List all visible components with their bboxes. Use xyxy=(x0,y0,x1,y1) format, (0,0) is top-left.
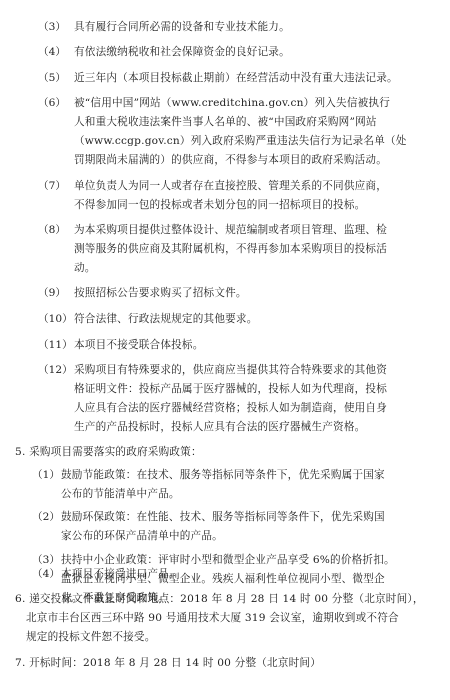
item-number: （3） xyxy=(38,19,66,36)
item-text: 近三年内（本项目投标截止期前）在经营活动中没有重大违法记录。 xyxy=(74,70,398,87)
item-number: （5） xyxy=(38,70,66,87)
item-number: （11） xyxy=(38,337,73,354)
item-text: 有依法缴纳税收和社会保障资金的良好记录。 xyxy=(74,44,290,61)
section-6-text: 北京市丰台区西三环中路 90 号通用技术大厦 319 会议室，逾期收到或不符合 xyxy=(26,610,399,627)
item-number: （4） xyxy=(38,44,66,61)
policy-text: 鼓励环保政策：在性能、技术、服务等指标同等条件下，优先采购国 xyxy=(61,509,385,526)
item-text: 为本采购项目提供过整体设计、规范编制或者项目管理、监理、检 xyxy=(74,222,387,239)
item-number: （10） xyxy=(38,311,73,328)
item-text: 人和重大税收违法案件当事人名单的、被“中国政府采购网”网站 xyxy=(74,114,377,131)
section-6-text: 6. 递交投标文件截止时间和地点：2018 年 8 月 28 日 14 时 00… xyxy=(15,591,424,608)
policy-text: 鼓励节能政策：在技术、服务等指标同等条件下，优先采购属于国家 xyxy=(61,467,385,484)
document-page: （3） 具有履行合同所必需的设备和专业技术能力。 （4） 有依法缴纳税收和社会保… xyxy=(0,0,450,700)
section-7-text: 7. 开标时间：2018 年 8 月 28 日 14 时 00 分整（北京时间） xyxy=(15,655,321,672)
policy-number: （2） xyxy=(32,509,60,526)
item-text: 人应具有合法的医疗器械经营资格；投标人如为制造商，使用自身 xyxy=(74,400,387,417)
policy-text: 公布的节能清单中产品。 xyxy=(61,486,180,503)
item-number: （12） xyxy=(38,362,73,379)
item-text: 单位负责人为同一人或者存在直接控股、管理关系的不同供应商， xyxy=(74,178,387,195)
item-number: （8） xyxy=(38,222,66,239)
item-text: 生产的产品投标时，投标人应具有合法的医疗器械生产资格。 xyxy=(74,419,365,436)
policy-number: （4） xyxy=(32,566,60,583)
policy-number: （1） xyxy=(32,467,60,484)
item-number: （9） xyxy=(38,285,66,302)
item-text: 具有履行合同所必需的设备和专业技术能力。 xyxy=(74,19,290,36)
item-text: 符合法律、行政法规规定的其他要求。 xyxy=(74,311,258,328)
item-number: （7） xyxy=(38,178,66,195)
policy-text: 本项目不接受进口产品。 xyxy=(61,566,180,583)
item-text: 本项目不接受联合体投标。 xyxy=(74,337,204,354)
item-text: 动。 xyxy=(74,260,96,277)
item-text: 按照招标公告要求购买了招标文件。 xyxy=(74,285,247,302)
item-number: （6） xyxy=(38,95,66,112)
item-text: 采购项目有特殊要求的，供应商应当提供其符合特殊要求的其他资 xyxy=(74,362,387,379)
policy-text: 家公布的环保产品清单中的产品。 xyxy=(61,528,223,545)
section-heading: 5. 采购项目需要落实的政府采购政策： xyxy=(15,444,202,461)
item-text: （www.ccgp.gov.cn）列入政府采购严重违法失信行为记录名单（处 xyxy=(74,133,407,150)
item-text: 罚期限尚未届满的）的供应商，不得参与本项目的政府采购活动。 xyxy=(74,152,387,169)
section-6-text: 规定的投标文件恕不接受。 xyxy=(26,629,156,646)
item-text: 被“信用中国”网站（www.creditchina.gov.cn）列入失信被执行 xyxy=(74,95,390,112)
item-text: 测等服务的供应商及其附属机构，不得再参加本采购项目的投标活 xyxy=(74,241,387,258)
item-text: 格证明文件：投标产品属于医疗器械的，投标人如为代理商，投标 xyxy=(74,381,387,398)
item-text: 不得参加同一包的投标或者未划分包的同一招标项目的投标。 xyxy=(74,197,365,214)
